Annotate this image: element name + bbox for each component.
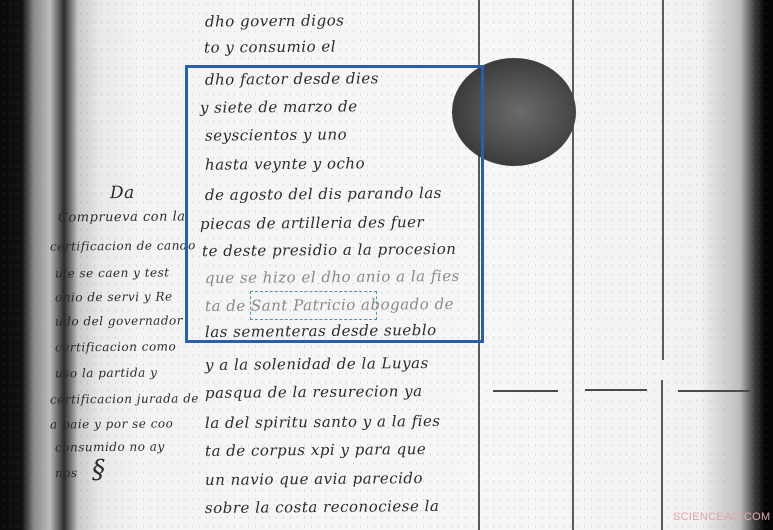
margin-line: Comprueva con la [58,209,186,225]
margin-line: onio de servi y Re [55,289,173,304]
margin-line: uso la partida y [55,366,158,381]
row-rule [493,390,558,392]
column-rule [662,0,664,360]
column-rule [661,380,663,530]
text-line: to y consumio el [204,37,336,56]
margin-line: udo del governador [55,313,183,328]
row-rule [678,390,750,392]
watermark: SCIENCEAQ.COM [673,511,770,523]
text-line: un navio que avia parecido [205,469,423,489]
text-line: y a la solenidad de la Luyas [205,354,429,374]
manuscript-page: dho govern digos to y consumio el dho fa… [0,0,773,530]
margin-line: Da [110,183,135,203]
signature-flourish: § [92,455,106,485]
text-line: pasqua de la resurecion ya [205,382,423,402]
text-line: ta de corpus xpi y para que [205,440,426,460]
margin-line: nos [55,466,78,480]
column-rule [572,0,574,530]
text-line: la del spiritu santo y a la fies [205,412,441,432]
margin-line: certificacion de cando [50,238,196,253]
dashed-highlight-sant-patricio [250,291,377,320]
text-line: sobre la costa reconociese la [205,497,440,517]
text-line: dho govern digos [205,11,345,30]
margin-line: a paie y por se coo [50,416,173,431]
margin-line: consumido no ay [55,440,165,455]
row-rule [585,389,647,391]
margin-line: ule se caen y test [55,266,170,281]
margin-line: certificacion como [55,339,176,354]
margin-line: certificacion jurada de [50,391,199,406]
